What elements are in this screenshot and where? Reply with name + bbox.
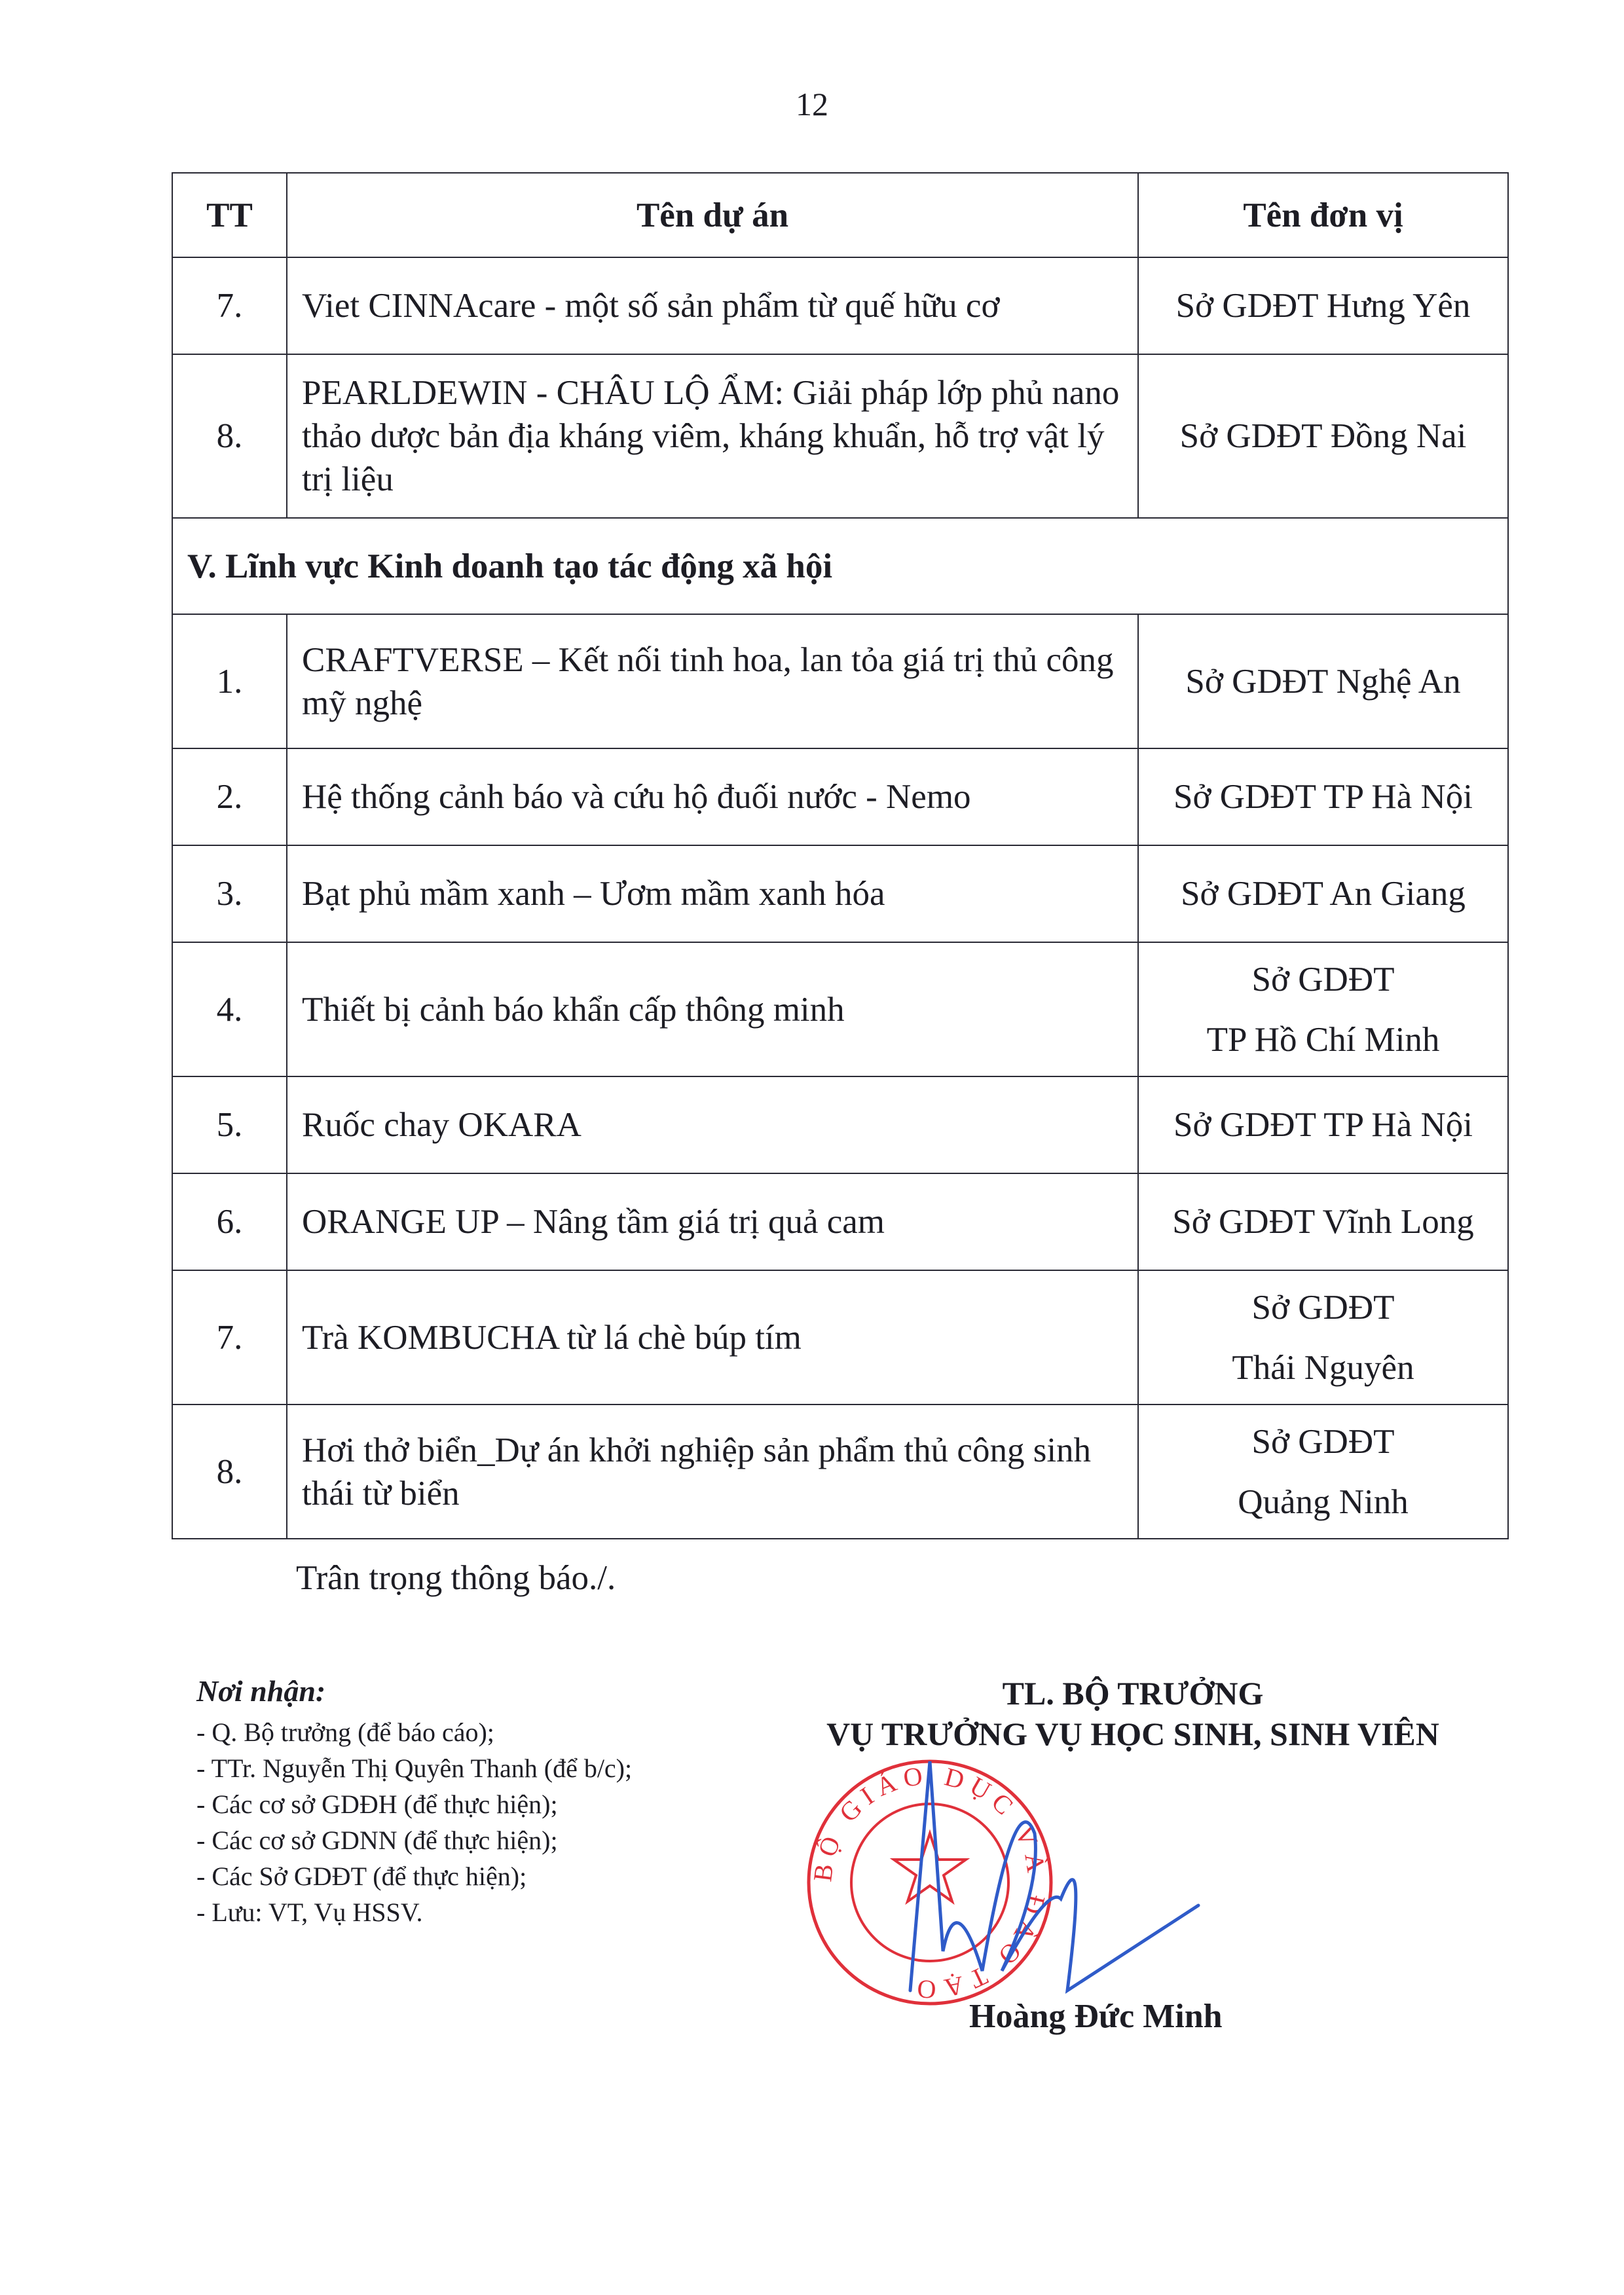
row-number: 6. [172, 1173, 287, 1270]
row-number: 7. [172, 1270, 287, 1405]
recipients-list: - Q. Bộ trưởng (để báo cáo);- TTr. Nguyễ… [196, 1714, 632, 1930]
unit-line: Sở GDĐT Nghệ An [1185, 663, 1460, 701]
header-project: Tên dự án [287, 173, 1138, 257]
unit-line: Thái Nguyên [1153, 1338, 1493, 1398]
row-number: 3. [172, 845, 287, 942]
unit-line: Sở GDĐT TP Hà Nội [1173, 1106, 1473, 1144]
signer-name: Hoàng Đức Minh [969, 1997, 1223, 2036]
unit-line: Sở GDĐT Hưng Yên [1176, 287, 1471, 325]
table-row: 1.CRAFTVERSE – Kết nối tinh hoa, lan tỏa… [172, 614, 1508, 748]
unit-name: Sở GDĐT Nghệ An [1138, 614, 1508, 748]
unit-line: Sở GDĐT Vĩnh Long [1172, 1203, 1473, 1241]
recipients-title: Nơi nhận: [196, 1673, 632, 1709]
signature-line-1: TL. BỘ TRƯỞNG [760, 1673, 1506, 1714]
project-name: Thiết bị cảnh báo khẩn cấp thông minh [287, 942, 1138, 1076]
project-name: Hệ thống cảnh báo và cứu hộ đuối nước - … [287, 748, 1138, 845]
project-name: Viet CINNAcare - một số sản phẩm từ quế … [287, 257, 1138, 354]
table-row: 7.Trà KOMBUCHA từ lá chè búp tímSở GDĐTT… [172, 1270, 1508, 1405]
unit-line: Quảng Ninh [1153, 1472, 1493, 1532]
unit-line: TP Hồ Chí Minh [1153, 1010, 1493, 1070]
section-rows: 1.CRAFTVERSE – Kết nối tinh hoa, lan tỏa… [172, 614, 1508, 1539]
recipient-item: - TTr. Nguyễn Thị Quyên Thanh (để b/c); [196, 1750, 632, 1786]
signature-block: TL. BỘ TRƯỞNG VỤ TRƯỞNG VỤ HỌC SINH, SIN… [760, 1673, 1506, 1754]
unit-name: Sở GDĐT An Giang [1138, 845, 1508, 942]
unit-line: Sở GDĐT [1153, 949, 1493, 1010]
table-row: 4.Thiết bị cảnh báo khẩn cấp thông minhS… [172, 942, 1508, 1076]
table-row: 8.PEARLDEWIN - CHÂU LỘ ẨM: Giải pháp lớp… [172, 354, 1508, 518]
project-name: CRAFTVERSE – Kết nối tinh hoa, lan tỏa g… [287, 614, 1138, 748]
table-row: 3.Bạt phủ mầm xanh – Ươm mầm xanh hóaSở … [172, 845, 1508, 942]
unit-name: Sở GDĐT TP Hà Nội [1138, 1076, 1508, 1173]
unit-name: Sở GDĐTTP Hồ Chí Minh [1138, 942, 1508, 1076]
recipient-item: - Các Sở GDĐT (để thực hiện); [196, 1858, 632, 1894]
table-row: 7.Viet CINNAcare - một số sản phẩm từ qu… [172, 257, 1508, 354]
unit-line: Sở GDĐT An Giang [1181, 875, 1466, 913]
project-table: TT Tên dự án Tên đơn vị 7.Viet CINNAcare… [172, 172, 1509, 1539]
unit-line: Sở GDĐT Đồng Nai [1180, 417, 1467, 455]
row-number: 4. [172, 942, 287, 1076]
header-tt: TT [172, 173, 287, 257]
project-name: Ruốc chay OKARA [287, 1076, 1138, 1173]
rows-before-section: 7.Viet CINNAcare - một số sản phẩm từ qu… [172, 257, 1508, 518]
row-number: 2. [172, 748, 287, 845]
recipient-item: - Lưu: VT, Vụ HSSV. [196, 1894, 632, 1930]
signature-line-2: VỤ TRƯỞNG VỤ HỌC SINH, SINH VIÊN [760, 1714, 1506, 1754]
recipient-item: - Các cơ sở GDNN (để thực hiện); [196, 1822, 632, 1858]
table-row: 2.Hệ thống cảnh báo và cứu hộ đuối nước … [172, 748, 1508, 845]
closing-text: Trân trọng thông báo./. [296, 1558, 616, 1598]
recipient-item: - Q. Bộ trưởng (để báo cáo); [196, 1714, 632, 1750]
table-header-row: TT Tên dự án Tên đơn vị [172, 173, 1508, 257]
unit-name: Sở GDĐTThái Nguyên [1138, 1270, 1508, 1405]
section-title: V. Lĩnh vực Kinh doanh tạo tác động xã h… [172, 518, 1508, 614]
page-number: 12 [0, 85, 1624, 123]
project-name: Trà KOMBUCHA từ lá chè búp tím [287, 1270, 1138, 1405]
header-unit: Tên đơn vị [1138, 173, 1508, 257]
table-row: 5.Ruốc chay OKARASở GDĐT TP Hà Nội [172, 1076, 1508, 1173]
project-name: PEARLDEWIN - CHÂU LỘ ẨM: Giải pháp lớp p… [287, 354, 1138, 518]
project-name: Hơi thở biển_Dự án khởi nghiệp sản phẩm … [287, 1405, 1138, 1539]
row-number: 5. [172, 1076, 287, 1173]
unit-line: Sở GDĐT [1153, 1277, 1493, 1338]
row-number: 8. [172, 354, 287, 518]
section-row: V. Lĩnh vực Kinh doanh tạo tác động xã h… [172, 518, 1508, 614]
recipient-item: - Các cơ sở GDĐH (để thực hiện); [196, 1786, 632, 1822]
table-row: 8.Hơi thở biển_Dự án khởi nghiệp sản phẩ… [172, 1405, 1508, 1539]
recipients-block: Nơi nhận: - Q. Bộ trưởng (để báo cáo);- … [196, 1673, 632, 1930]
unit-name: Sở GDĐT Vĩnh Long [1138, 1173, 1508, 1270]
row-number: 7. [172, 257, 287, 354]
project-name: ORANGE UP – Nâng tầm giá trị quả cam [287, 1173, 1138, 1270]
unit-name: Sở GDĐT Hưng Yên [1138, 257, 1508, 354]
unit-name: Sở GDĐT Đồng Nai [1138, 354, 1508, 518]
unit-line: Sở GDĐT [1153, 1412, 1493, 1472]
unit-name: Sở GDĐTQuảng Ninh [1138, 1405, 1508, 1539]
row-number: 8. [172, 1405, 287, 1539]
table-row: 6.ORANGE UP – Nâng tầm giá trị quả camSở… [172, 1173, 1508, 1270]
row-number: 1. [172, 614, 287, 748]
unit-name: Sở GDĐT TP Hà Nội [1138, 748, 1508, 845]
project-name: Bạt phủ mầm xanh – Ươm mầm xanh hóa [287, 845, 1138, 942]
unit-line: Sở GDĐT TP Hà Nội [1173, 778, 1473, 816]
